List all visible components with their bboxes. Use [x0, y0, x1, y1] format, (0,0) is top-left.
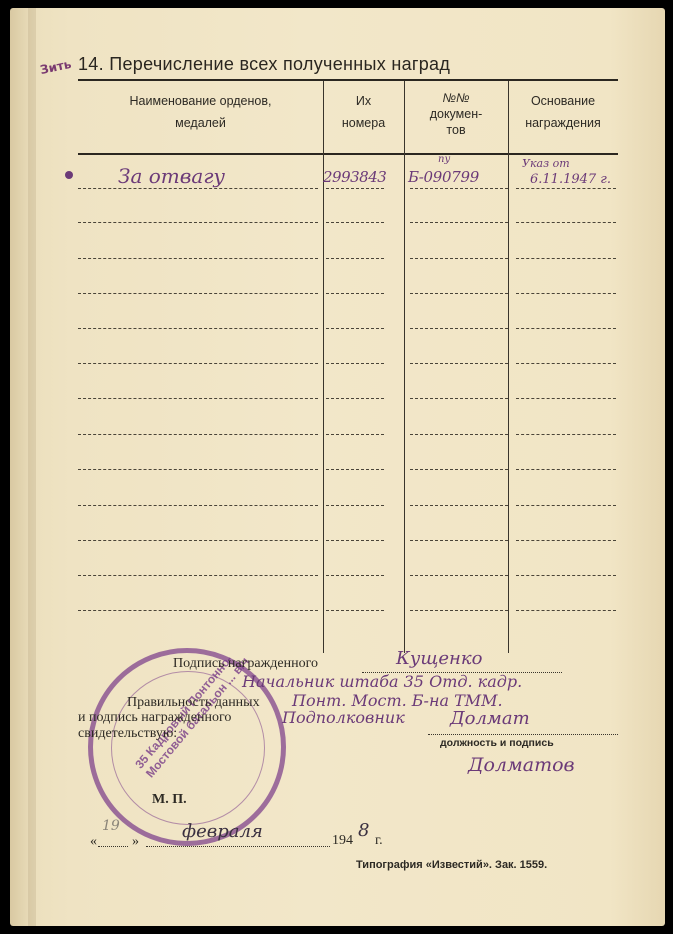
header-line: №№	[404, 90, 508, 106]
table-top-rule	[78, 79, 618, 81]
header-line: Наименование орденов,	[78, 90, 323, 112]
officer-name: Долматов	[468, 754, 575, 776]
margin-stamp: Зить	[39, 57, 73, 77]
date-open-quote: «	[90, 834, 97, 850]
header-line: медалей	[78, 112, 323, 134]
officer-caption: должность и подпись	[440, 737, 554, 749]
certify-label-line1: Правильность данных	[127, 695, 260, 711]
certify-label-line3: свидетельствую:	[78, 726, 177, 742]
recipient-signature: Кущенко	[396, 648, 482, 669]
column-divider	[323, 81, 324, 653]
column-divider	[404, 81, 405, 653]
recipient-signature-label: Подпись награжденного	[173, 656, 318, 672]
basis-line1: Указ от	[522, 157, 570, 170]
column-divider	[508, 81, 509, 653]
date-day: 19	[102, 818, 120, 834]
award-name-cell: За отвагу	[118, 164, 225, 188]
header-line: докумен-	[404, 106, 508, 122]
certify-label-line2: и подпись награжденного	[78, 710, 231, 726]
document-prefix: пу	[438, 154, 450, 165]
document-page: Зить 14. Перечисление всех полученных на…	[10, 8, 665, 926]
date-month-line	[146, 846, 330, 847]
header-line: награждения	[508, 112, 618, 134]
section-number: 14.	[78, 54, 104, 74]
seal-placeholder-label: М. П.	[152, 792, 187, 808]
column-header-basis: Основание награждения	[508, 90, 618, 134]
header-line: Их	[323, 90, 404, 112]
document-number-cell: Б-090799	[408, 168, 479, 186]
section-title: 14. Перечисление всех полученных наград	[78, 54, 450, 75]
printer-imprint: Типография «Известий». Зак. 1559.	[356, 859, 547, 871]
date-year-prefix: 194	[332, 833, 353, 849]
award-number-cell: 2993843	[323, 168, 386, 186]
officer-position-line3: Подполковник	[282, 708, 405, 727]
date-month: февраля	[182, 821, 263, 842]
header-bottom-rule	[78, 153, 618, 155]
date-year-suffix: 8	[358, 820, 369, 841]
basis-line2: 6.11.1947 г.	[530, 172, 611, 187]
officer-signature-line	[428, 734, 618, 735]
date-day-line	[98, 846, 128, 847]
date-year-unit: г.	[375, 833, 383, 849]
officer-position-line1: Начальник штаба 35 Отд. кадр.	[242, 672, 522, 691]
header-line: номера	[323, 112, 404, 134]
page-fold-shadow	[28, 8, 36, 926]
date-close-quote: »	[132, 834, 139, 850]
row-bullet-mark	[65, 171, 73, 179]
column-header-documents: №№ докумен- тов	[404, 90, 508, 138]
header-line: Основание	[508, 90, 618, 112]
officer-signature: Долмат	[450, 708, 530, 729]
column-header-number: Их номера	[323, 90, 404, 134]
column-header-award: Наименование орденов, медалей	[78, 90, 323, 134]
header-line: тов	[404, 122, 508, 138]
section-title-text: Перечисление всех полученных наград	[109, 54, 450, 74]
